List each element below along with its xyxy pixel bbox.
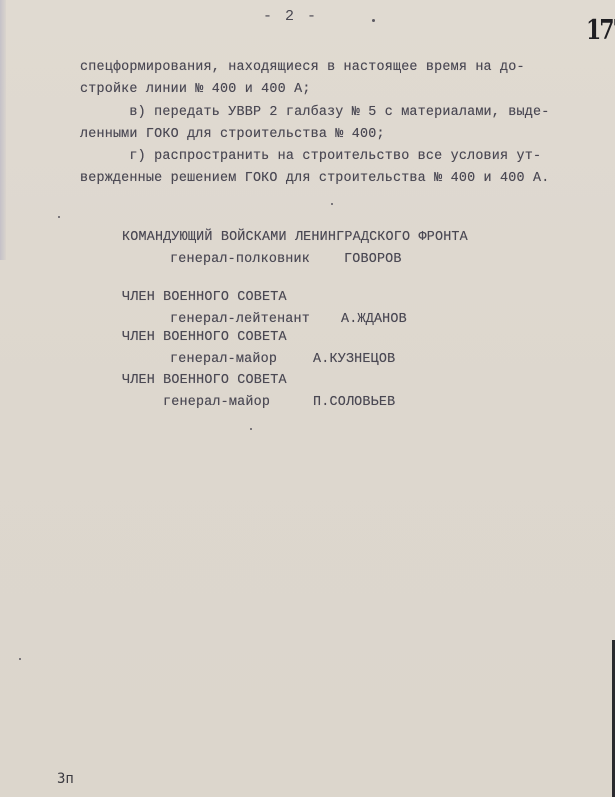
body-line: г) распространить на строительство все у… xyxy=(80,149,541,164)
stray-mark xyxy=(19,658,21,660)
body-line: стройке линии № 400 и 400 А; xyxy=(80,82,311,97)
signature-name: А.ЖДАНОВ xyxy=(341,312,407,327)
signature-title: ЧЛЕН ВОЕННОГО СОВЕТА xyxy=(122,373,287,388)
signature-rank: генерал-лейтенант xyxy=(170,312,310,327)
signature-rank: генерал-майор xyxy=(170,352,277,367)
body-line: спецформирования, находящиеся в настояще… xyxy=(80,60,525,75)
body-line: вержденные решением ГОКО для строительст… xyxy=(80,171,549,186)
signature-rank: генерал-полковник xyxy=(170,252,310,267)
signature-title: КОМАНДУЮЩИЙ ВОЙСКАМИ ЛЕНИНГРАДСКОГО ФРОН… xyxy=(122,230,468,245)
page-number: - 2 - xyxy=(263,8,318,25)
stray-mark xyxy=(372,19,375,22)
body-line: ленными ГОКО для строительства № 400; xyxy=(80,127,385,142)
signature-name: А.КУЗНЕЦОВ xyxy=(313,352,395,367)
stray-mark xyxy=(331,203,333,205)
archive-page-number: 177 xyxy=(586,14,615,47)
scan-left-edge xyxy=(0,0,6,260)
signature-rank: генерал-майор xyxy=(163,395,270,410)
stray-mark xyxy=(250,428,252,430)
signature-title: ЧЛЕН ВОЕННОГО СОВЕТА xyxy=(122,290,287,305)
stray-mark xyxy=(58,216,60,218)
signature-name: П.СОЛОВЬЕВ xyxy=(313,395,395,410)
typist-mark: Зп xyxy=(57,771,74,787)
document-page: - 2 - 177 спецформирования, находящиеся … xyxy=(0,0,615,797)
signature-title: ЧЛЕН ВОЕННОГО СОВЕТА xyxy=(122,330,287,345)
body-line: в) передать УВВР 2 галбазу № 5 с материа… xyxy=(80,105,549,120)
signature-name: ГОВОРОВ xyxy=(344,252,402,267)
